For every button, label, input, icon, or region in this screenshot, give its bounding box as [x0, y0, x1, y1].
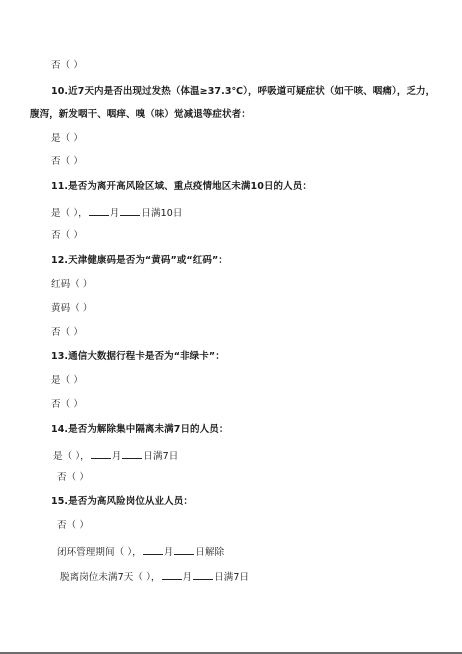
- q15-left-post-prefix: 脱离岗位未满7天（ ），: [60, 572, 161, 583]
- day-blank[interactable]: [122, 448, 142, 459]
- q15-option-closed-loop: 闭环管理期间（ ），月日解除: [57, 544, 224, 560]
- month-blank[interactable]: [91, 448, 111, 459]
- q13-option-no: 否（ ）: [51, 398, 83, 412]
- month-blank[interactable]: [162, 569, 182, 580]
- question-12: 12.天津健康码是否为“黄码”或“红码”：: [51, 254, 228, 268]
- question-13: 13.通信大数据行程卡是否为“非绿卡”：: [51, 350, 225, 364]
- q9-option-no: 否（ ）: [51, 59, 83, 73]
- q12-option-no: 否（ ）: [51, 326, 83, 340]
- question-15: 15.是否为高风险岗位从业人员：: [51, 495, 193, 509]
- month-label: 月: [110, 208, 120, 219]
- q15-option-no: 否（ ）: [57, 519, 89, 533]
- month-blank[interactable]: [143, 544, 163, 555]
- month-label: 月: [112, 451, 122, 462]
- month-label: 月: [183, 572, 193, 583]
- q14-yes-suffix: 日满7日: [143, 451, 178, 462]
- q10-option-no: 否（ ）: [51, 155, 83, 169]
- q14-option-no: 否（ ）: [57, 471, 89, 485]
- q15-left-post-suffix: 日满7日: [214, 572, 249, 583]
- q11-option-yes: 是（ ），月日满10日: [51, 205, 182, 221]
- question-11: 11.是否为离开高风险区域、重点疫情地区未满10日的人员：: [51, 180, 312, 194]
- q14-yes-prefix: 是（ ），: [53, 451, 90, 462]
- month-blank[interactable]: [89, 205, 109, 216]
- q12-option-yellow: 黄码（ ）: [51, 302, 93, 316]
- day-blank[interactable]: [193, 569, 213, 580]
- question-14: 14.是否为解除集中隔离未满7日的人员：: [51, 423, 228, 437]
- q12-option-red: 红码（ ）: [51, 278, 93, 292]
- q14-option-yes: 是（ ），月日满7日: [53, 448, 178, 464]
- q11-yes-suffix: 日满10日: [141, 208, 182, 219]
- q15-closed-loop-suffix: 日解除: [195, 547, 224, 558]
- month-label: 月: [164, 547, 174, 558]
- q15-option-left-post: 脱离岗位未满7天（ ），月日满7日: [60, 569, 249, 585]
- q10-option-yes: 是（ ）: [51, 132, 83, 146]
- day-blank[interactable]: [174, 544, 194, 555]
- day-blank[interactable]: [120, 205, 140, 216]
- q15-closed-loop-prefix: 闭环管理期间（ ），: [57, 547, 142, 558]
- q13-option-yes: 是（ ）: [51, 374, 83, 388]
- question-10: 10.近7天内是否出现过发热（体温≥37.3℃），呼吸道可疑症状（如干咳、咽痛）…: [51, 85, 435, 99]
- q11-option-no: 否（ ）: [51, 229, 83, 243]
- question-10-continued: 腹泻，新发咽干、咽痒、嗅（味）觉减退等症状者：: [30, 108, 251, 122]
- q11-yes-prefix: 是（ ），: [51, 208, 88, 219]
